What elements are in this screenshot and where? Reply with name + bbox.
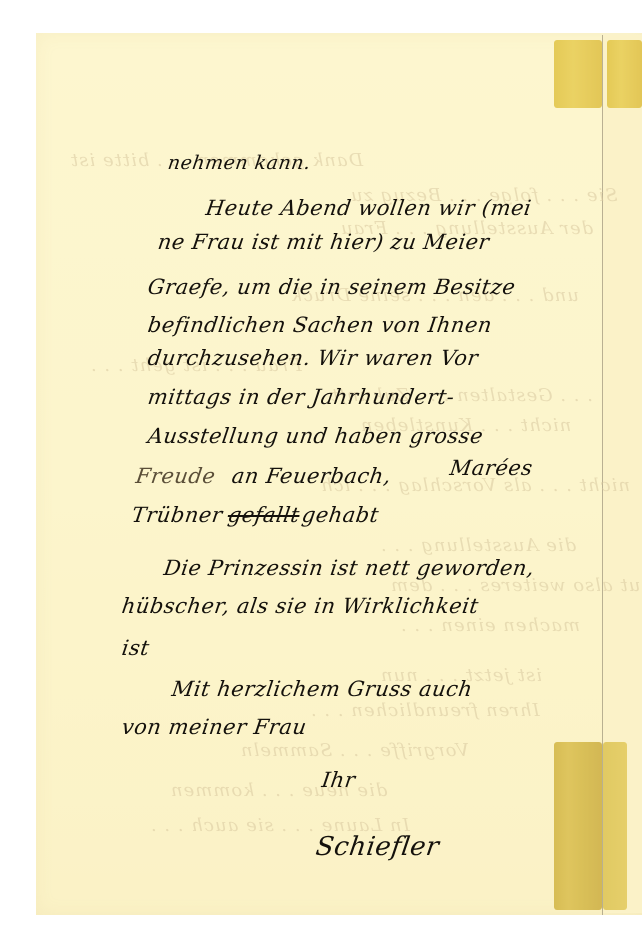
bleed-through-text: Ihren freundlichen . . . (310, 700, 540, 721)
letter-line-13: ist (120, 636, 151, 660)
letter-line-9-word-freude: Freude (134, 464, 217, 488)
scanned-letter-page: Dank gekommen . . . bitte ist Sie . . . … (0, 0, 642, 950)
letter-line-9-marees: Marées (448, 456, 534, 480)
letter-line-10-gehabt: gehabt (300, 503, 380, 527)
letter-line-5: befindlichen Sachen von Ihnen (146, 313, 493, 337)
letter-line-6: durchzusehen. Wir waren Vor (146, 346, 480, 370)
bleed-through-text: Vorgriffe . . . Sammeln (240, 740, 469, 761)
letter-line-1: nehmen kann. (166, 152, 312, 174)
adhesive-tape-bottom-left (554, 742, 602, 910)
adhesive-tape-bottom-right (603, 742, 627, 910)
letter-line-9-an-feuerbach: an Feuerbach, (230, 464, 392, 488)
letter-line-10-truebner: Trübner (130, 503, 224, 527)
letter-line-7: mittags in der Jahrhundert- (146, 385, 456, 409)
letter-line-2: Heute Abend wollen wir (mei (204, 196, 533, 220)
letter-signature: Schiefler (314, 832, 441, 862)
letter-line-4: Graefe, um die in seinem Besitze (146, 275, 517, 299)
letter-line-14: Mit herzlichem Gruss auch (170, 677, 474, 701)
letter-line-11: Die Prinzessin ist nett geworden, (162, 556, 536, 580)
bleed-through-text: machen einen . . . (400, 615, 580, 636)
letter-closing: Ihr (320, 768, 357, 792)
adhesive-tape-top-left (554, 40, 602, 108)
adhesive-tape-top-right (607, 40, 642, 108)
bleed-through-text: die Ausstellung . . . (380, 535, 576, 556)
letter-line-12: hübscher, als sie in Wirklichkeit (120, 594, 480, 618)
letter-line-3: ne Frau ist mit hier) zu Meier (156, 230, 491, 254)
letter-line-15: von meiner Frau (120, 715, 308, 739)
letter-line-8: Ausstellung und haben grosse (146, 424, 484, 448)
letter-line-10-struck-word: gefallt (226, 503, 301, 527)
